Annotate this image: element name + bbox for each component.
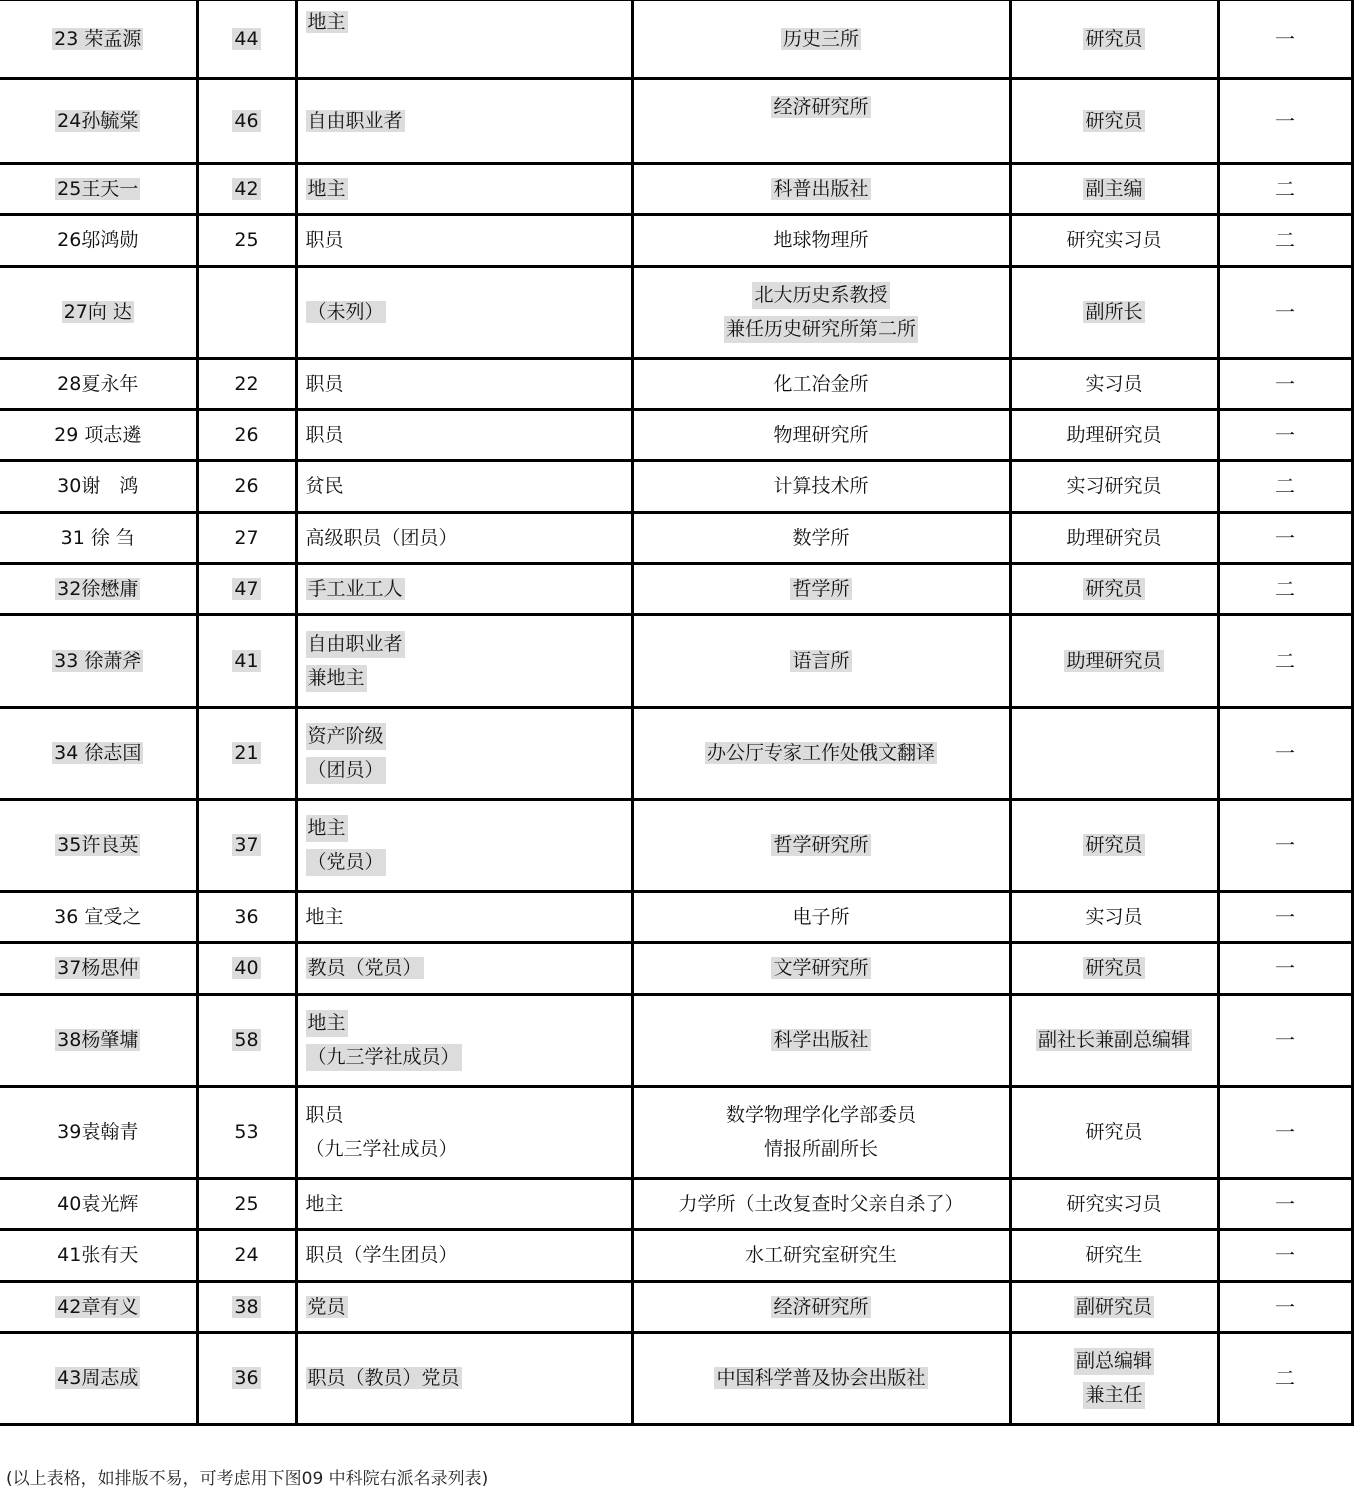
grade-cell-text: 一 xyxy=(1275,905,1295,929)
background-cell: 资产阶级（团员） xyxy=(296,708,632,800)
title-cell-line: 实习研究员 xyxy=(1066,475,1161,497)
background-cell: 职员 xyxy=(296,410,632,461)
name-cell: 32徐懋庸 xyxy=(0,564,197,615)
name-cell: 31 徐 刍 xyxy=(0,513,197,564)
name-cell: 38杨肇墉 xyxy=(0,995,197,1087)
name-cell: 36 宣受之 xyxy=(0,892,197,943)
background-cell-line: 职员 xyxy=(306,1102,344,1129)
age-cell: 36 xyxy=(197,1333,296,1425)
background-cell: 地主 xyxy=(296,164,632,215)
title-cell-line: 研究实习员 xyxy=(1066,229,1161,251)
age-cell: 36 xyxy=(197,892,296,943)
name-cell-text: 43周志成 xyxy=(55,1367,140,1389)
unit-cell: 计算技术所 xyxy=(632,461,1010,513)
background-cell: 自由职业者兼地主 xyxy=(296,615,632,708)
name-cell: 23 荣孟源 xyxy=(0,0,197,79)
age-cell: 38 xyxy=(197,1282,296,1333)
table-row: 31 徐 刍27高级职员（团员）数学所助理研究员一 xyxy=(0,513,1352,564)
age-cell-text: 47 xyxy=(232,578,260,600)
age-cell-text: 24 xyxy=(234,1244,258,1266)
unit-cell-line: 兼任历史研究所第二所 xyxy=(724,316,918,343)
grade-cell: 一 xyxy=(1218,1282,1352,1333)
background-cell-line: 高级职员（团员） xyxy=(306,527,458,549)
age-cell: 40 xyxy=(197,943,296,995)
name-cell-text: 41张有天 xyxy=(57,1244,138,1266)
grade-cell: 一 xyxy=(1218,359,1352,410)
title-cell: 研究员 xyxy=(1010,564,1218,615)
age-cell: 41 xyxy=(197,615,296,708)
title-cell-line: 兼主任 xyxy=(1083,1382,1144,1409)
table-row: 26邬鸿勋25职员地球物理所研究实习员二 xyxy=(0,215,1352,267)
table-row: 32徐懋庸47手工业工人哲学所研究员二 xyxy=(0,564,1352,615)
background-cell: 手工业工人 xyxy=(296,564,632,615)
grade-cell-text: 一 xyxy=(1275,300,1295,324)
grade-cell: 二 xyxy=(1218,164,1352,215)
background-cell: 职员 xyxy=(296,215,632,267)
table-row: 33 徐萧斧41自由职业者兼地主语言所助理研究员二 xyxy=(0,615,1352,708)
name-cell: 28夏永年 xyxy=(0,359,197,410)
unit-cell-line: 物理研究所 xyxy=(773,424,868,446)
table-row: 23 荣孟源44地主历史三所研究员一 xyxy=(0,0,1352,79)
age-cell: 42 xyxy=(197,164,296,215)
grade-cell: 一 xyxy=(1218,800,1352,892)
unit-cell-line: 科学出版社 xyxy=(771,1029,870,1051)
name-cell: 30谢 鸿 xyxy=(0,461,197,513)
background-cell: 地主 xyxy=(296,0,632,79)
name-cell: 42章有义 xyxy=(0,1282,197,1333)
unit-cell: 科普出版社 xyxy=(632,164,1010,215)
unit-cell-line: 情报所副所长 xyxy=(764,1136,878,1163)
grade-cell: 一 xyxy=(1218,79,1352,164)
background-cell: 党员 xyxy=(296,1282,632,1333)
age-cell-text: 36 xyxy=(232,1367,260,1389)
background-cell-line: （九三学社成员） xyxy=(306,1136,458,1163)
title-cell: 副所长 xyxy=(1010,267,1218,359)
age-cell-text: 26 xyxy=(234,475,258,497)
age-cell-text: 40 xyxy=(232,957,260,979)
name-cell-text: 36 宣受之 xyxy=(54,906,141,928)
unit-cell: 化工冶金所 xyxy=(632,359,1010,410)
unit-cell-line: 电子所 xyxy=(792,906,849,928)
title-cell-line: 研究员 xyxy=(1083,834,1144,856)
name-cell: 25王天一 xyxy=(0,164,197,215)
grade-cell-text: 二 xyxy=(1275,649,1295,673)
unit-cell: 语言所 xyxy=(632,615,1010,708)
title-cell-line: 研究生 xyxy=(1085,1244,1142,1266)
unit-cell: 哲学所 xyxy=(632,564,1010,615)
table-row: 38杨肇墉58地主（九三学社成员）科学出版社副社长兼副总编辑一 xyxy=(0,995,1352,1087)
background-cell-line: 地主 xyxy=(306,11,348,33)
grade-cell-text: 二 xyxy=(1275,177,1295,201)
name-cell: 43周志成 xyxy=(0,1333,197,1425)
grade-cell-text: 二 xyxy=(1275,1366,1295,1390)
name-cell-text: 35许良英 xyxy=(55,834,140,856)
background-cell-line: 手工业工人 xyxy=(306,578,405,600)
unit-cell-line: 计算技术所 xyxy=(773,475,868,497)
background-cell: 贫民 xyxy=(296,461,632,513)
background-cell-line: 职员 xyxy=(306,229,344,251)
age-cell: 53 xyxy=(197,1087,296,1179)
rightist-list-table: 23 荣孟源44地主历史三所研究员一24孙毓棠46自由职业者经济研究所研究员一2… xyxy=(0,0,1354,1426)
title-cell: 研究员 xyxy=(1010,0,1218,79)
grade-cell-text: 一 xyxy=(1275,1295,1295,1319)
unit-cell-line: 北大历史系教授 xyxy=(752,282,889,309)
unit-cell-line: 数学物理学化学部委员 xyxy=(726,1102,916,1129)
table-row: 30谢 鸿26贫民计算技术所实习研究员二 xyxy=(0,461,1352,513)
age-cell-text: 58 xyxy=(232,1029,260,1051)
title-cell-line: 研究员 xyxy=(1085,1121,1142,1143)
title-cell-line: 副总编辑 xyxy=(1074,1348,1154,1375)
title-cell: 研究生 xyxy=(1010,1230,1218,1282)
name-cell: 33 徐萧斧 xyxy=(0,615,197,708)
unit-cell-line: 科普出版社 xyxy=(771,178,870,200)
name-cell: 35许良英 xyxy=(0,800,197,892)
table-row: 29 项志遴26职员物理研究所助理研究员一 xyxy=(0,410,1352,461)
background-cell-line: 贫民 xyxy=(306,475,344,497)
unit-cell: 科学出版社 xyxy=(632,995,1010,1087)
age-cell-text: 46 xyxy=(232,110,260,132)
background-cell-line: 职员（学生团员） xyxy=(306,1244,458,1266)
name-cell-text: 39袁翰青 xyxy=(57,1121,138,1143)
age-cell xyxy=(197,267,296,359)
table-row: 28夏永年22职员化工冶金所实习员一 xyxy=(0,359,1352,410)
age-cell: 27 xyxy=(197,513,296,564)
grade-cell-text: 一 xyxy=(1275,741,1295,765)
table-row: 25王天一42地主科普出版社副主编二 xyxy=(0,164,1352,215)
title-cell: 研究员 xyxy=(1010,79,1218,164)
background-cell: 职员（九三学社成员） xyxy=(296,1087,632,1179)
unit-cell: 数学所 xyxy=(632,513,1010,564)
title-cell: 研究实习员 xyxy=(1010,215,1218,267)
age-cell-text: 42 xyxy=(232,178,260,200)
background-cell-line: 自由职业者 xyxy=(306,110,405,132)
name-cell-text: 26邬鸿勋 xyxy=(57,229,138,251)
grade-cell: 一 xyxy=(1218,1230,1352,1282)
title-cell: 助理研究员 xyxy=(1010,410,1218,461)
background-cell: 地主（九三学社成员） xyxy=(296,995,632,1087)
grade-cell: 一 xyxy=(1218,995,1352,1087)
background-cell-line: 职员 xyxy=(306,424,344,446)
age-cell-text: 22 xyxy=(234,373,258,395)
name-cell-text: 30谢 鸿 xyxy=(57,475,138,497)
age-cell: 22 xyxy=(197,359,296,410)
title-cell-line: 副所长 xyxy=(1083,301,1144,323)
title-cell-line: 副社长兼副总编辑 xyxy=(1036,1029,1192,1051)
grade-cell-text: 一 xyxy=(1275,1243,1295,1267)
unit-cell: 文学研究所 xyxy=(632,943,1010,995)
age-cell: 24 xyxy=(197,1230,296,1282)
table-row: 40袁光辉25地主力学所（土改复查时父亲自杀了）研究实习员一 xyxy=(0,1179,1352,1230)
unit-cell-line: 经济研究所 xyxy=(771,1296,870,1318)
background-cell: 职员 xyxy=(296,359,632,410)
age-cell-text: 21 xyxy=(232,742,260,764)
title-cell: 实习员 xyxy=(1010,892,1218,943)
age-cell-text: 27 xyxy=(234,527,258,549)
unit-cell-line: 力学所（土改复查时父亲自杀了） xyxy=(678,1193,963,1215)
name-cell-text: 40袁光辉 xyxy=(57,1193,138,1215)
unit-cell-line: 办公厅专家工作处俄文翻译 xyxy=(705,742,937,764)
age-cell-text: 26 xyxy=(234,424,258,446)
background-cell-line: 职员 xyxy=(306,373,344,395)
unit-cell-line: 语言所 xyxy=(790,650,851,672)
unit-cell: 电子所 xyxy=(632,892,1010,943)
grade-cell-text: 一 xyxy=(1275,1192,1295,1216)
unit-cell-line: 历史三所 xyxy=(781,28,861,50)
background-cell-line: （九三学社成员） xyxy=(306,1044,462,1071)
age-cell: 25 xyxy=(197,215,296,267)
name-cell: 40袁光辉 xyxy=(0,1179,197,1230)
grade-cell-text: 一 xyxy=(1275,833,1295,857)
name-cell: 41张有天 xyxy=(0,1230,197,1282)
title-cell-line: 助理研究员 xyxy=(1066,527,1161,549)
grade-cell-text: 一 xyxy=(1275,423,1295,447)
unit-cell-line: 中国科学普及协会出版社 xyxy=(714,1367,927,1389)
background-cell: 地主 xyxy=(296,1179,632,1230)
name-cell-text: 27向 达 xyxy=(62,301,134,323)
table-row: 39袁翰青53职员（九三学社成员）数学物理学化学部委员情报所副所长研究员一 xyxy=(0,1087,1352,1179)
title-cell-line: 研究员 xyxy=(1083,578,1144,600)
background-cell: 职员（教员）党员 xyxy=(296,1333,632,1425)
grade-cell: 一 xyxy=(1218,943,1352,995)
unit-cell: 中国科学普及协会出版社 xyxy=(632,1333,1010,1425)
age-cell-text: 25 xyxy=(234,1193,258,1215)
table-row: 43周志成36职员（教员）党员中国科学普及协会出版社副总编辑兼主任二 xyxy=(0,1333,1352,1425)
title-cell: 实习研究员 xyxy=(1010,461,1218,513)
background-cell-line: 党员 xyxy=(306,1296,348,1318)
grade-cell: 一 xyxy=(1218,1087,1352,1179)
table-row: 24孙毓棠46自由职业者经济研究所研究员一 xyxy=(0,79,1352,164)
grade-cell-text: 一 xyxy=(1275,1120,1295,1144)
background-cell: 地主（党员） xyxy=(296,800,632,892)
background-cell-line: 地主 xyxy=(306,1193,344,1215)
grade-cell: 一 xyxy=(1218,892,1352,943)
grade-cell-text: 二 xyxy=(1275,474,1295,498)
grade-cell-text: 一 xyxy=(1275,27,1295,51)
background-cell-line: 自由职业者 xyxy=(306,631,405,658)
background-cell: 高级职员（团员） xyxy=(296,513,632,564)
age-cell: 26 xyxy=(197,410,296,461)
grade-cell-text: 一 xyxy=(1275,372,1295,396)
table-row: 27向 达（未列）北大历史系教授兼任历史研究所第二所副所长一 xyxy=(0,267,1352,359)
grade-cell: 一 xyxy=(1218,0,1352,79)
title-cell: 研究实习员 xyxy=(1010,1179,1218,1230)
title-cell: 实习员 xyxy=(1010,359,1218,410)
grade-cell: 一 xyxy=(1218,1179,1352,1230)
background-cell-line: 地主 xyxy=(306,906,344,928)
table-row: 41张有天24职员（学生团员）水工研究室研究生研究生一 xyxy=(0,1230,1352,1282)
title-cell-line: 助理研究员 xyxy=(1064,650,1163,672)
name-cell-text: 37杨思仲 xyxy=(55,957,140,979)
background-cell-line: 地主 xyxy=(306,178,348,200)
name-cell-text: 31 徐 刍 xyxy=(61,527,135,549)
unit-cell: 力学所（土改复查时父亲自杀了） xyxy=(632,1179,1010,1230)
background-cell-line: 兼地主 xyxy=(306,665,367,692)
grade-cell-text: 一 xyxy=(1275,526,1295,550)
title-cell-line: 研究实习员 xyxy=(1066,1193,1161,1215)
background-cell-line: （未列） xyxy=(306,301,386,323)
background-cell-line: 地主 xyxy=(306,815,348,842)
unit-cell-line: 哲学研究所 xyxy=(771,834,870,856)
name-cell: 34 徐志国 xyxy=(0,708,197,800)
unit-cell: 物理研究所 xyxy=(632,410,1010,461)
name-cell: 29 项志遴 xyxy=(0,410,197,461)
age-cell-text: 25 xyxy=(234,229,258,251)
background-cell-line: 资产阶级 xyxy=(306,723,386,750)
background-cell-line: （党员） xyxy=(306,849,386,876)
title-cell: 副主编 xyxy=(1010,164,1218,215)
age-cell-text: 53 xyxy=(234,1121,258,1143)
grade-cell: 二 xyxy=(1218,1333,1352,1425)
unit-cell: 哲学研究所 xyxy=(632,800,1010,892)
title-cell: 副研究员 xyxy=(1010,1282,1218,1333)
age-cell-text: 44 xyxy=(232,28,260,50)
grade-cell-text: 二 xyxy=(1275,577,1295,601)
title-cell-line: 研究员 xyxy=(1083,957,1144,979)
background-cell-line: 职员（教员）党员 xyxy=(306,1367,462,1389)
grade-cell: 一 xyxy=(1218,708,1352,800)
unit-cell-line: 文学研究所 xyxy=(771,957,870,979)
unit-cell-line: 经济研究所 xyxy=(771,96,870,118)
grade-cell: 二 xyxy=(1218,461,1352,513)
unit-cell: 数学物理学化学部委员情报所副所长 xyxy=(632,1087,1010,1179)
age-cell-text: 38 xyxy=(232,1296,260,1318)
title-cell-line: 实习员 xyxy=(1085,373,1142,395)
unit-cell-line: 水工研究室研究生 xyxy=(745,1244,897,1266)
background-cell: 职员（学生团员） xyxy=(296,1230,632,1282)
title-cell-line: 助理研究员 xyxy=(1066,424,1161,446)
name-cell-text: 23 荣孟源 xyxy=(52,28,143,50)
background-cell: （未列） xyxy=(296,267,632,359)
grade-cell-text: 二 xyxy=(1275,228,1295,252)
table-row: 42章有义38党员经济研究所副研究员一 xyxy=(0,1282,1352,1333)
name-cell-text: 33 徐萧斧 xyxy=(52,650,143,672)
title-cell: 副社长兼副总编辑 xyxy=(1010,995,1218,1087)
name-cell-text: 24孙毓棠 xyxy=(55,110,140,132)
name-cell: 26邬鸿勋 xyxy=(0,215,197,267)
background-cell-line: 教员（党员） xyxy=(306,957,424,979)
grade-cell-text: 一 xyxy=(1275,109,1295,133)
background-cell: 地主 xyxy=(296,892,632,943)
table-row: 36 宣受之36地主电子所实习员一 xyxy=(0,892,1352,943)
unit-cell: 北大历史系教授兼任历史研究所第二所 xyxy=(632,267,1010,359)
background-cell-line: 地主 xyxy=(306,1010,348,1037)
unit-cell-line: 数学所 xyxy=(792,527,849,549)
name-cell-text: 32徐懋庸 xyxy=(55,578,140,600)
unit-cell: 经济研究所 xyxy=(632,79,1010,164)
table-body: 23 荣孟源44地主历史三所研究员一24孙毓棠46自由职业者经济研究所研究员一2… xyxy=(0,0,1352,1425)
name-cell-text: 42章有义 xyxy=(55,1296,140,1318)
name-cell-text: 28夏永年 xyxy=(57,373,138,395)
unit-cell-line: 哲学所 xyxy=(790,578,851,600)
unit-cell-line: 地球物理所 xyxy=(773,229,868,251)
unit-cell: 办公厅专家工作处俄文翻译 xyxy=(632,708,1010,800)
background-cell: 教员（党员） xyxy=(296,943,632,995)
age-cell: 58 xyxy=(197,995,296,1087)
age-cell-text: 37 xyxy=(232,834,260,856)
title-cell-line: 副研究员 xyxy=(1074,1296,1154,1318)
background-cell-line: （团员） xyxy=(306,757,386,784)
age-cell: 21 xyxy=(197,708,296,800)
age-cell: 44 xyxy=(197,0,296,79)
title-cell xyxy=(1010,708,1218,800)
table-row: 37杨思仲40教员（党员）文学研究所研究员一 xyxy=(0,943,1352,995)
unit-cell: 地球物理所 xyxy=(632,215,1010,267)
grade-cell: 一 xyxy=(1218,410,1352,461)
title-cell-line: 副主编 xyxy=(1083,178,1144,200)
unit-cell-line: 化工冶金所 xyxy=(773,373,868,395)
grade-cell-text: 一 xyxy=(1275,1028,1295,1052)
name-cell-text: 38杨肇墉 xyxy=(55,1029,140,1051)
title-cell: 副总编辑兼主任 xyxy=(1010,1333,1218,1425)
grade-cell: 二 xyxy=(1218,215,1352,267)
title-cell: 助理研究员 xyxy=(1010,513,1218,564)
title-cell: 助理研究员 xyxy=(1010,615,1218,708)
name-cell: 27向 达 xyxy=(0,267,197,359)
age-cell: 25 xyxy=(197,1179,296,1230)
grade-cell: 一 xyxy=(1218,513,1352,564)
grade-cell: 二 xyxy=(1218,615,1352,708)
age-cell-text: 41 xyxy=(232,650,260,672)
footnote: (以上表格，如排版不易，可考虑用下图09 中科院右派名录列表) xyxy=(6,1464,488,1489)
age-cell: 26 xyxy=(197,461,296,513)
title-cell-line: 实习员 xyxy=(1085,906,1142,928)
title-cell: 研究员 xyxy=(1010,943,1218,995)
age-cell: 46 xyxy=(197,79,296,164)
age-cell-text: 36 xyxy=(234,906,258,928)
name-cell: 24孙毓棠 xyxy=(0,79,197,164)
name-cell: 39袁翰青 xyxy=(0,1087,197,1179)
background-cell: 自由职业者 xyxy=(296,79,632,164)
name-cell-text: 29 项志遴 xyxy=(54,424,141,446)
unit-cell: 历史三所 xyxy=(632,0,1010,79)
unit-cell: 水工研究室研究生 xyxy=(632,1230,1010,1282)
grade-cell: 二 xyxy=(1218,564,1352,615)
unit-cell: 经济研究所 xyxy=(632,1282,1010,1333)
table-row: 34 徐志国21资产阶级（团员）办公厅专家工作处俄文翻译一 xyxy=(0,708,1352,800)
table-row: 35许良英37地主（党员）哲学研究所研究员一 xyxy=(0,800,1352,892)
age-cell: 37 xyxy=(197,800,296,892)
title-cell: 研究员 xyxy=(1010,800,1218,892)
grade-cell-text: 一 xyxy=(1275,956,1295,980)
title-cell: 研究员 xyxy=(1010,1087,1218,1179)
title-cell-line: 研究员 xyxy=(1083,28,1144,50)
name-cell: 37杨思仲 xyxy=(0,943,197,995)
title-cell-line: 研究员 xyxy=(1083,110,1144,132)
name-cell-text: 34 徐志国 xyxy=(52,742,143,764)
grade-cell: 一 xyxy=(1218,267,1352,359)
age-cell: 47 xyxy=(197,564,296,615)
name-cell-text: 25王天一 xyxy=(55,178,140,200)
